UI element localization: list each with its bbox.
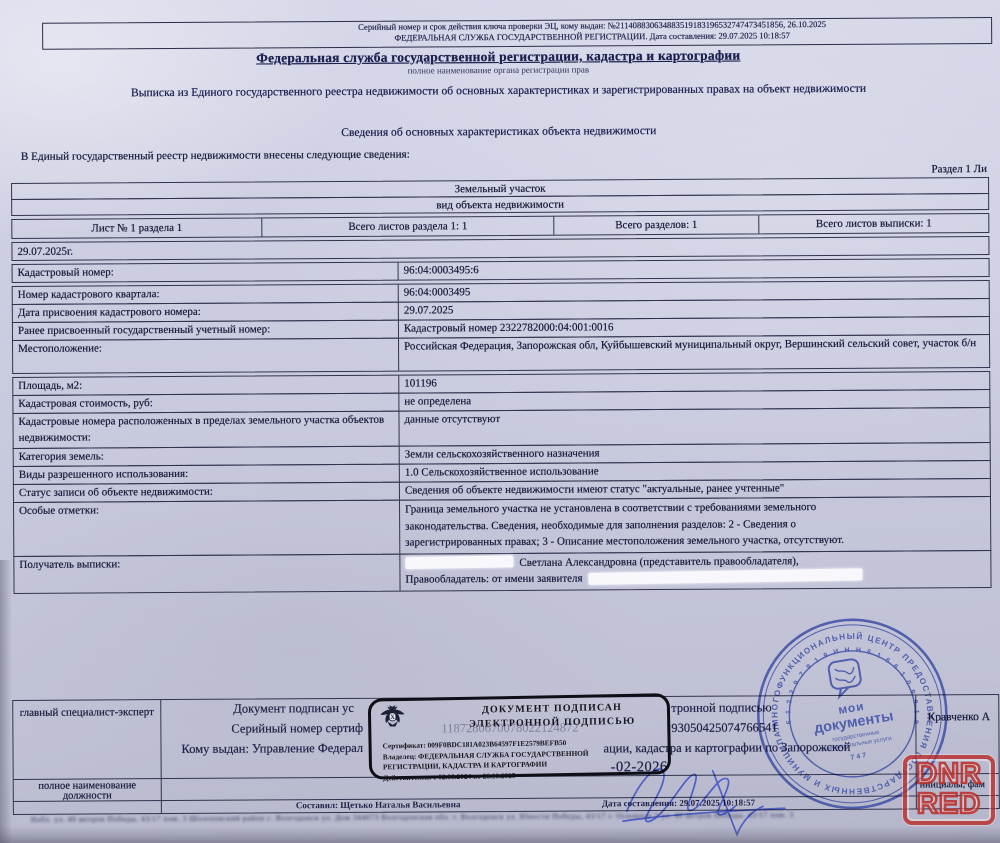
- row-value: 101196: [399, 372, 989, 393]
- table-row: Местоположение: Российская Федерация, За…: [12, 334, 990, 374]
- recipient-line1: Светлана Александровна (представитель пр…: [519, 555, 798, 569]
- watermark-line1: DNR: [907, 759, 991, 789]
- row-value: не определена: [399, 390, 989, 411]
- underlay-text: Документ подписан ус: [233, 701, 354, 717]
- row-label: Виды разрешенного использования:: [14, 465, 400, 484]
- underlay-text: Серийный номер сертиф: [231, 721, 363, 737]
- row-label: Статус записи об объекте недвижимости:: [14, 483, 400, 502]
- row-label: Категория земель:: [14, 447, 400, 466]
- recipient-row: Получатель выписки: Светлана Александров…: [13, 550, 991, 594]
- row-value: Российская Федерация, Запорожская обл, К…: [399, 335, 989, 371]
- row-label: Кадастровая стоимость, руб:: [13, 394, 399, 413]
- row-label: Местоположение:: [13, 339, 399, 373]
- table-row: Кадастровые номера расположенных в преде…: [12, 407, 990, 449]
- row-label: Кадастровые номера расположенных в преде…: [13, 412, 399, 448]
- sheet-cell: Всего листов раздела 1: 1: [262, 217, 554, 237]
- row-value: данные отсутствуют: [399, 408, 989, 446]
- table-row: Кадастровый номер: 96:04:0003495:6: [12, 258, 990, 283]
- row-value: Кадастровый номер 2322782000:04:001:0016: [399, 317, 989, 338]
- dnr-red-watermark: DNR RED: [903, 755, 995, 825]
- position-title: главный специалист-эксперт: [13, 705, 160, 720]
- table-row: Особые отметки: Граница земельного участ…: [13, 496, 991, 556]
- row-value: 96:04:0003495:6: [399, 259, 989, 280]
- sheet-counts-row: Лист № 1 раздела 1 Всего листов раздела …: [11, 213, 989, 239]
- document-photo: Серийный номер и срок действия ключа про…: [0, 0, 1000, 843]
- compiled-by: Составил: Щетько Наталья Васильевна: [296, 799, 461, 810]
- svg-text:X: X: [390, 714, 395, 721]
- date-value: 29.07.2025г.: [12, 243, 78, 260]
- row-value: Сведения об объекте недвижимости имеют с…: [400, 479, 990, 500]
- row-label: Дата присвоения кадастрового номера:: [13, 303, 399, 322]
- coat-of-arms-icon: X: [379, 704, 407, 735]
- row-label: Ранее присвоенный государственный учетны…: [13, 321, 399, 340]
- underlay-text: Кому выдан: Управление Федерал: [181, 741, 363, 757]
- recipient-line2: Правообладатель: от имени заявителя: [405, 573, 582, 586]
- position-caption: полное наименование должности: [14, 781, 161, 802]
- object-characteristics-table: Земельный участок вид объекта недвижимос…: [11, 178, 991, 593]
- redaction-box: [405, 555, 513, 569]
- ep-title-line2: ЭЛЕКТРОННОЙ ПОДПИСЬЮ: [437, 714, 667, 732]
- document-title: Выписка из Единого государственного реес…: [0, 81, 999, 100]
- row-label: Особые отметки:: [14, 501, 400, 556]
- signature-key-frame: Серийный номер и срок действия ключа про…: [42, 17, 992, 50]
- sheet-cell: Всего листов выписки: 1: [759, 214, 988, 233]
- sheet-cell: Лист № 1 раздела 1: [12, 218, 262, 238]
- paper-left-shadow: [0, 560, 12, 843]
- paper-bottom-shadow: [0, 826, 1000, 843]
- stamp-center-number: 747: [850, 752, 869, 762]
- sheet-cell: Всего разделов: 1: [554, 215, 759, 234]
- row-value: 29.07.2025: [399, 299, 989, 320]
- section-title: Сведения об основных характеристиках объ…: [0, 122, 999, 141]
- watermark-line2: RED: [907, 789, 991, 819]
- row-label: Кадастровый номер:: [13, 263, 399, 282]
- row-label: Площадь, м2:: [13, 376, 399, 395]
- row-value: 1.0 Сельскохозяйственное использование: [400, 461, 990, 482]
- row-value: Граница земельного участка не установлен…: [400, 498, 889, 553]
- stamp-logo-bubble-icon: [828, 658, 862, 690]
- row-label: Получатель выписки:: [14, 554, 400, 592]
- date-row: 29.07.2025г.: [11, 236, 989, 261]
- intro-line: В Единый государственный реестр недвижим…: [21, 149, 410, 163]
- row-value: Земли сельскохозяйственного назначения: [400, 443, 990, 464]
- paper-sheet: Серийный номер и срок действия ключа про…: [0, 0, 1000, 843]
- recipient-value: Светлана Александровна (представитель пр…: [400, 551, 990, 591]
- row-label: Номер кадастрового квартала:: [13, 285, 399, 304]
- redaction-box: [588, 568, 862, 585]
- row-value: 96:04:0003495: [399, 281, 989, 302]
